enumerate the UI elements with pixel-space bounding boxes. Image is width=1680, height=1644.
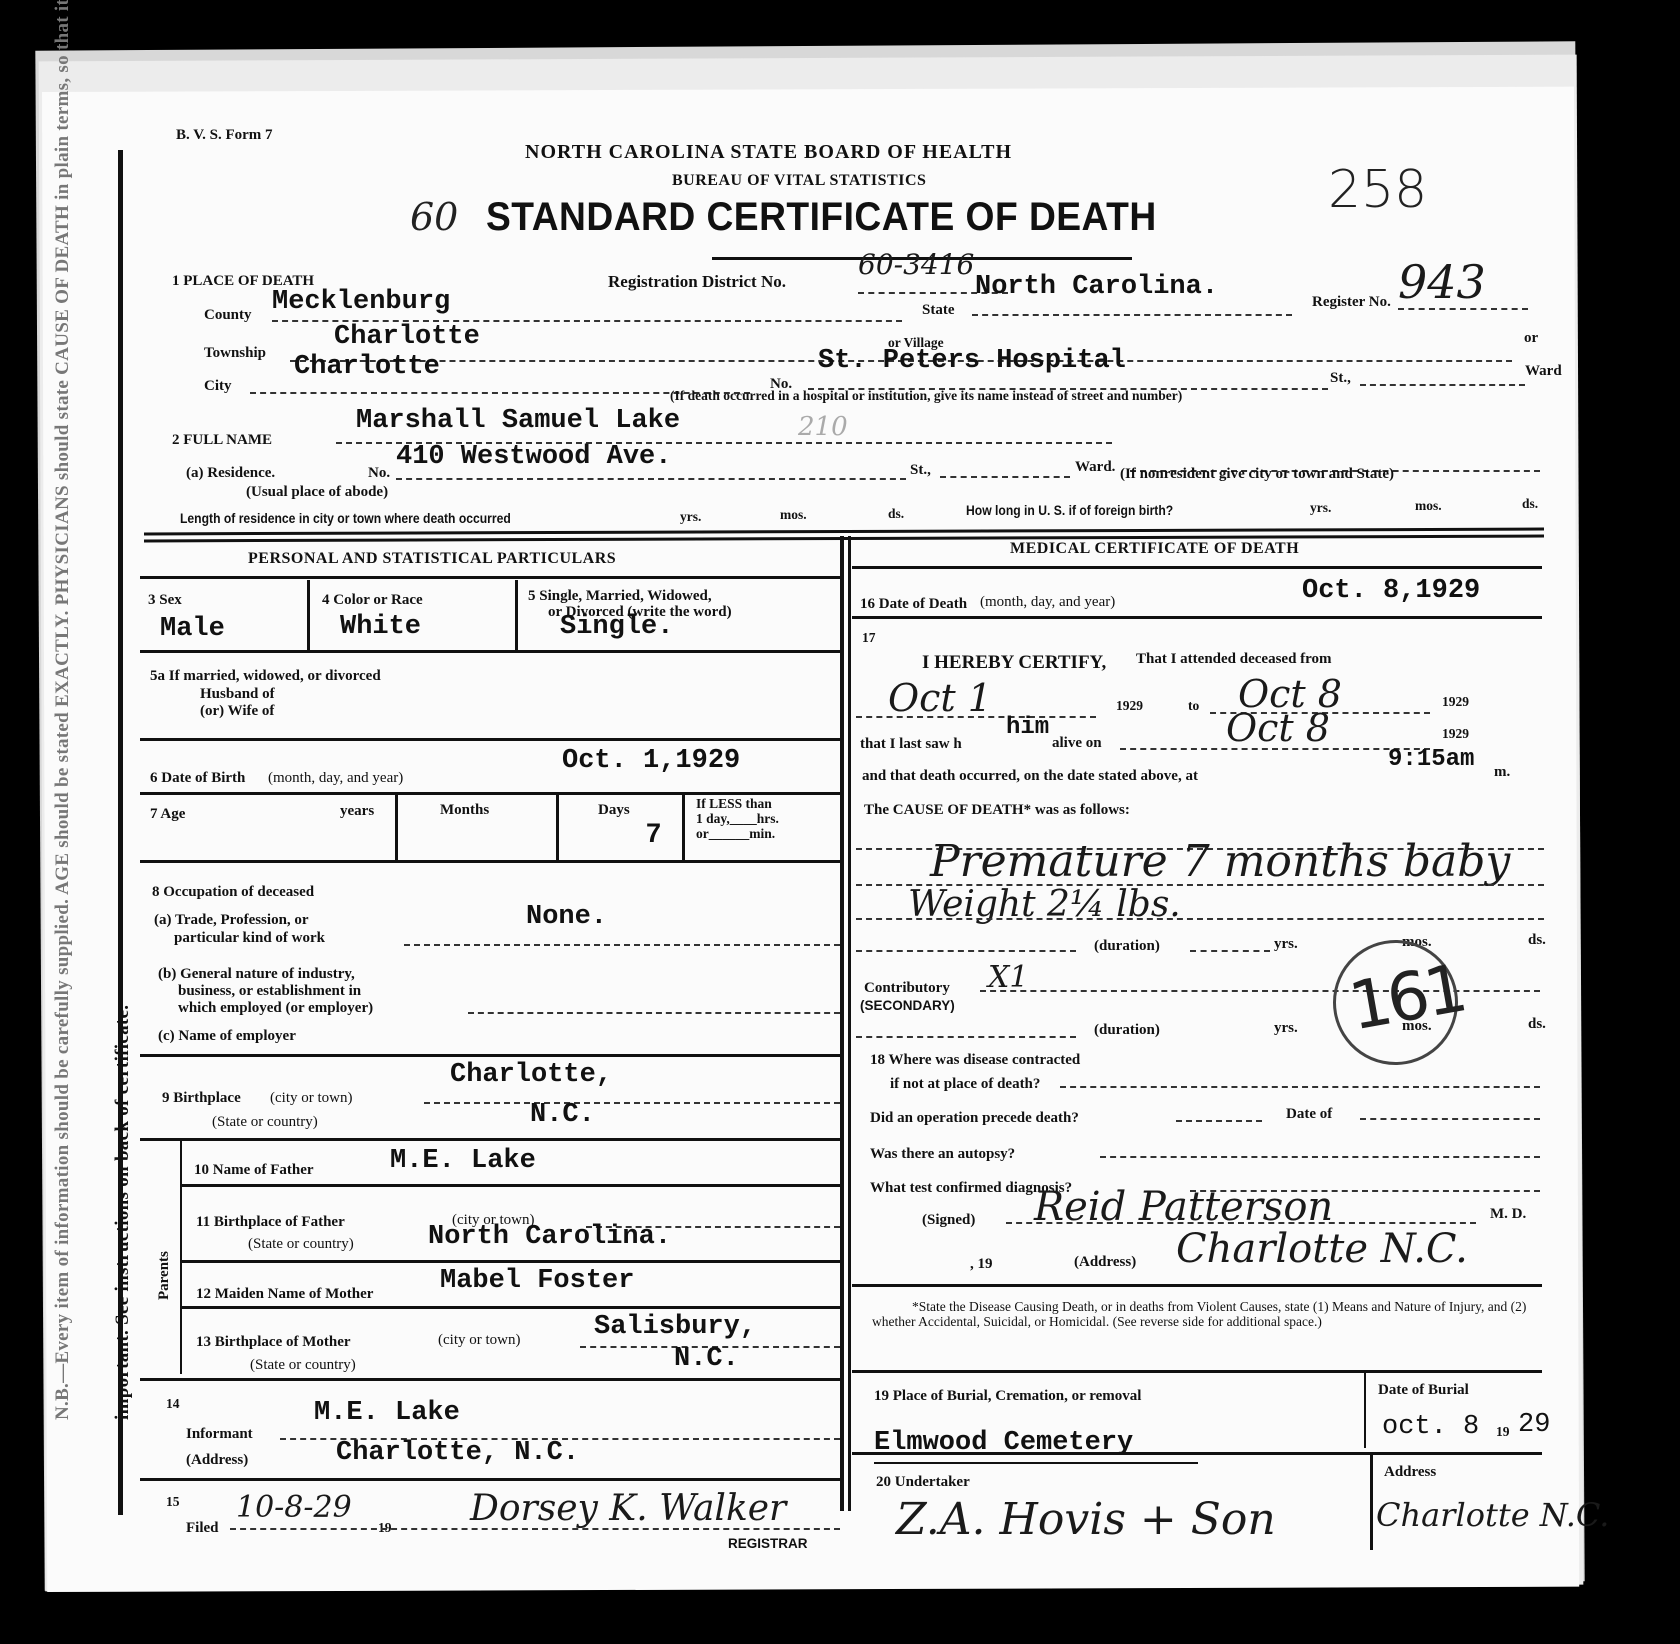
contracted-line [1060,1086,1540,1088]
residence-st-label: St., [910,462,931,479]
sex-race-divider [307,580,310,650]
sex-value: Male [160,614,225,644]
physician-address-value: Charlotte N.C. [1176,1226,1468,1272]
register-no-line [1398,308,1528,310]
informant-number: 14 [166,1396,180,1412]
duration2-label: (duration) [1094,1022,1160,1039]
employer-label: (c) Name of employer [158,1028,296,1045]
occupation-label: 8 Occupation of deceased [152,884,314,901]
cause-line-1: Premature 7 months baby [930,836,1510,887]
usual-abode-label: (Usual place of abode) [246,484,388,501]
birthplace-state-label: (State or country) [212,1114,318,1131]
row-rule-6 [140,792,840,795]
county-value: Mecklenburg [272,287,450,317]
last-saw-pronoun: him [1006,714,1049,741]
last-saw-date: Oct 8 [1226,706,1330,750]
duration-label: (duration) [1094,938,1160,955]
residence-no-label: No. [368,465,390,482]
city-value: Charlotte [294,352,440,382]
birthplace-label: 9 Birthplace [162,1090,241,1107]
death-time-suffix: m. [1494,764,1510,781]
row-rule-5a [140,738,840,741]
industry-label: (b) General nature of industry, [158,966,355,983]
dob-label: 6 Date of Birth [150,770,245,787]
length-mos-label: mos. [780,507,807,523]
burial-underline [874,1462,1198,1464]
row-rule-footnote [852,1370,1542,1373]
last-saw-label: that I last saw h [860,736,962,753]
to-label: to [1188,698,1199,714]
certify-lead: I HEREBY CERTIFY, [922,652,1106,674]
length-ds-label: ds. [888,506,904,522]
age-days-value: 7 [646,818,661,849]
column-divider-2 [848,536,851,1511]
personal-section-title: PERSONAL AND STATISTICAL PARTICULARS [248,550,616,568]
duration-yrs-label: yrs. [1274,936,1298,953]
death-time-value: 9:15am [1388,746,1474,773]
registrar-signature: Dorsey K. Walker [470,1488,786,1529]
undertaker-value: Z.A. Hovis + Son [896,1494,1276,1545]
row-rule-13 [140,1378,840,1381]
filed-number: 15 [166,1494,180,1510]
duration2-lead-line [856,1036,1076,1038]
physician-address-label: (Address) [1074,1254,1136,1271]
form-id: B. V. S. Form 7 [176,127,273,144]
cause-line-rule-2 [856,918,1544,920]
state-label: State [922,302,955,319]
or-label: or [1524,330,1538,347]
operation-date-line [1360,1118,1540,1120]
foreign-yrs-label: yrs. [1310,500,1331,516]
informant-value: M.E. Lake [314,1398,460,1428]
parents-label: Parents [156,1251,173,1300]
row-rule-16 [852,616,1542,619]
year-19-label: , 19 [970,1256,993,1273]
informant-label: Informant [186,1426,253,1443]
county-label: County [204,307,252,324]
st-line [1360,384,1525,386]
st-label: St., [1330,370,1351,387]
trade-line [404,944,840,946]
row-rule-10 [182,1184,840,1187]
ward-label: Ward [1525,363,1562,380]
contributory-label: Contributory [864,980,950,997]
foreign-mos-label: mos. [1415,498,1442,514]
spouse-label-3: (or) Wife of [200,703,274,720]
foreign-birth-label: How long in U. S. if of foreign birth? [966,503,1173,518]
age-divider-2 [556,794,559,860]
mother-value: Mabel Foster [440,1266,634,1296]
dod-value: Oct. 8,1929 [1302,576,1480,606]
pencil-note: 210 [798,412,848,442]
race-marital-divider [515,580,518,650]
circled-code-value: 161 [1343,950,1469,1046]
industry-label-3: which employed (or employer) [178,1000,373,1017]
death-time-label: and that death occurred, on the date sta… [862,768,1198,785]
operation-date-label: Date of [1286,1106,1332,1123]
less-than-label-1: If LESS than [696,796,772,812]
duration-ds-label: ds. [1528,932,1546,949]
operation-line [1176,1120,1262,1122]
mother-label: 12 Maiden Name of Mother [196,1286,373,1303]
age-months-label: Months [440,802,489,819]
trade-label: (a) Trade, Profession, or [154,912,309,929]
marital-label: 5 Single, Married, Widowed, [528,588,712,605]
trade-label-2: particular kind of work [174,930,325,947]
row-rule-8 [140,1054,840,1057]
less-than-label-2: 1 day,____hrs. [696,811,779,827]
row-rule-14 [140,1478,840,1481]
marital-value: Single. [560,612,673,642]
father-birth-state-label: (State or country) [248,1236,354,1253]
row-rule-signed [852,1284,1542,1287]
age-years-label: years [340,803,374,820]
signed-line [1006,1222,1476,1224]
length-residence-label: Length of residence in city or town wher… [180,511,511,526]
length-yrs-label: yrs. [680,509,701,525]
burial-label: 19 Place of Burial, Cremation, or remova… [874,1388,1141,1405]
burial-date-19: 19 [1496,1424,1510,1440]
burial-date-value: oct. 8 [1382,1412,1479,1442]
side-instructions: N.B.—Every item of information should be… [52,120,74,1420]
township-label: Township [204,345,266,362]
residence-ward-label: Ward. [1075,459,1115,476]
residence-value: 410 Westwood Ave. [396,442,671,472]
father-birth-value: North Carolina. [428,1222,671,1252]
race-value: White [340,612,421,642]
filed-line [230,1528,840,1530]
mother-birth-label: 13 Birthplace of Mother [196,1334,351,1351]
dod-label: 16 Date of Death [860,596,967,613]
register-no-label: Register No. [1312,294,1391,311]
filed-label: Filed [186,1520,219,1537]
birthplace-hint: (city or town) [270,1090,352,1107]
row-rule-3 [140,650,840,653]
attended-from-value: Oct 1 [888,676,992,720]
residence-label: (a) Residence. [186,465,275,482]
trade-value: None. [526,902,607,932]
attended-from-line [856,716,1096,718]
sex-label: 3 Sex [148,592,182,609]
mother-birth-state-label: (State or country) [250,1357,356,1374]
age-label: 7 Age [150,806,185,823]
certify-text: That I attended deceased from [1136,651,1332,668]
foreign-ds-label: ds. [1522,496,1538,512]
duration2-ds-label: ds. [1528,1016,1546,1033]
undertaker-address-label: Address [1384,1464,1436,1481]
attended-to-year: 1929 [1442,694,1469,710]
undertaker-address-value: Charlotte N.C. [1376,1496,1609,1534]
mother-birth-hint: (city or town) [438,1332,520,1349]
spouse-label: 5a If married, widowed, or divorced [150,668,381,685]
burial-date-label: Date of Burial [1378,1382,1469,1399]
informant-address-value: Charlotte, N.C. [336,1438,579,1468]
father-birth-label: 11 Birthplace of Father [196,1214,345,1231]
column-divider [840,536,844,1511]
cause-footnote: *State the Disease Causing Death, or in … [872,1300,1544,1330]
state-line [972,314,1292,316]
medical-title-rule [852,566,1542,569]
industry-line [468,1012,840,1014]
personal-title-rule [140,576,840,579]
undertaker-address-divider [1370,1454,1373,1550]
undertaker-label: 20 Undertaker [876,1474,970,1491]
contracted-label: 18 Where was disease contracted [870,1052,1080,1069]
age-days-label: Days [598,802,630,819]
hospital-value: St. Peters Hospital [818,346,1126,376]
burial-date-year: 29 [1518,1410,1550,1440]
hospital-note: (If death occurred in a hospital or inst… [670,388,1182,404]
last-saw-line [1120,748,1430,750]
residence-line [396,478,906,480]
row-rule-9 [140,1138,840,1141]
row-rule-11 [182,1260,840,1263]
residence-st-line [940,476,1070,478]
less-than-label-3: or______min. [696,826,775,842]
informant-address-label: (Address) [186,1452,248,1469]
mother-birth-city-value: Salisbury, [594,1312,756,1342]
spouse-label-2: Husband of [200,686,275,703]
registration-district-label: Registration District No. [608,272,786,292]
birthplace-city-line [424,1102,840,1104]
race-label: 4 Color or Race [322,592,423,609]
nonresident-note: (If nonresident give city or town and St… [1120,466,1394,483]
birthplace-state-value: N.C. [530,1100,595,1130]
last-saw-year: 1929 [1442,726,1469,742]
registration-district-value: 60-3416 [858,248,974,281]
father-label: 10 Name of Father [194,1162,314,1179]
dob-hint: (month, day, and year) [268,770,403,787]
medical-section-title: MEDICAL CERTIFICATE OF DEATH [1010,540,1299,558]
row-rule-burial [852,1452,1542,1455]
duration2-yrs-label: yrs. [1274,1020,1298,1037]
burial-date-divider [1364,1372,1366,1448]
autopsy-label: Was there an autopsy? [870,1146,1015,1163]
dod-hint: (month, day, and year) [980,594,1115,611]
contracted-label-2: if not at place of death? [890,1076,1040,1093]
row-rule-7 [140,860,840,863]
registrar-label: REGISTRAR [728,1536,808,1551]
age-divider-3 [682,794,685,860]
secondary-label: (SECONDARY) [860,998,955,1013]
duration-yrs-line [1190,950,1270,952]
full-name-label: 2 FULL NAME [172,432,272,449]
row-rule-12 [182,1306,840,1309]
mother-birth-state-value: N.C. [674,1344,739,1374]
father-value: M.E. Lake [390,1146,536,1176]
duration-lead-line [856,950,1076,952]
township-value: Charlotte [334,322,480,352]
operation-label: Did an operation precede death? [870,1110,1079,1127]
birthplace-city-value: Charlotte, [450,1060,612,1090]
md-label: M. D. [1490,1206,1526,1223]
dob-value: Oct. 1,1929 [562,746,740,776]
industry-label-2: business, or establishment in [178,983,361,1000]
alive-on-label: alive on [1052,735,1102,752]
attended-from-year: 1929 [1116,698,1143,714]
full-name-value: Marshall Samuel Lake [356,406,680,436]
autopsy-line [1100,1156,1540,1158]
item-17-number: 17 [862,630,876,646]
age-divider-1 [395,794,398,860]
signed-label: (Signed) [922,1212,975,1229]
state-value: North Carolina. [975,272,1218,302]
filed-date-value: 10-8-29 [236,1490,352,1525]
city-label: City [204,378,232,395]
register-no-value: 943 [1398,255,1486,309]
cause-label: The CAUSE OF DEATH* was as follows: [864,802,1130,819]
parents-divider [180,1140,182,1374]
